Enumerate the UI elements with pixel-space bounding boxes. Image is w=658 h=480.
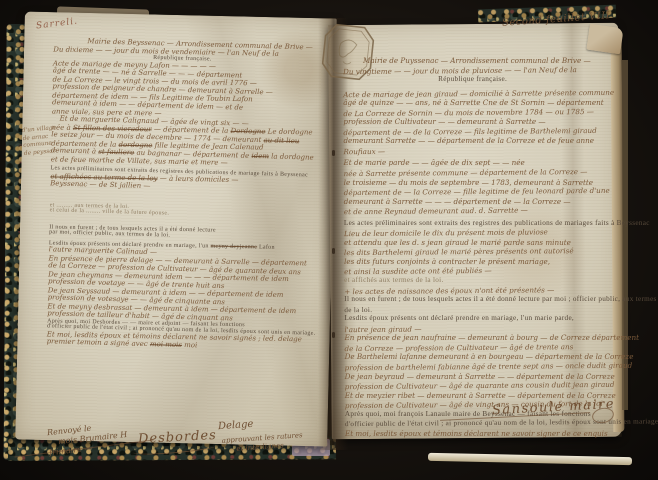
manuscript-text: Et moi, lesdits époux et témoins déclare… (345, 429, 608, 438)
manuscript-text: Mairie de Puyssenac — Arrondissement com… (363, 56, 591, 65)
manuscript-text: Et de marie parde — — âgée de dix sept —… (344, 158, 525, 167)
manuscript-line: et affichés aux termes de la loi. (344, 276, 612, 286)
binding-stitch (332, 332, 335, 338)
manuscript-text: de la loi. (344, 306, 372, 314)
manuscript-text: Lesdits époux présents ont déclaré prend… (344, 314, 574, 322)
struck-through-entry: st fauliere (98, 148, 134, 157)
manuscript-text: demeurant à Sarrette — — — département d… (344, 197, 571, 206)
manuscript-text: profession de barthelemi fabianne âgé de… (345, 361, 633, 373)
manuscript-text: commune (23, 141, 52, 149)
manuscript-text: profession de Cultivateur — âgé de quara… (345, 380, 615, 391)
manuscript-text: les dits Barthelemi giraud le marié père… (344, 247, 574, 258)
manuscript-text: moi (182, 341, 198, 349)
struck-through-entry: Dordogne (230, 127, 265, 136)
manuscript-text: âgé de quinze — — ans, né à Sarrette Cne… (343, 98, 603, 107)
manuscript-text: et de anne Reynaud demeurant aud. d. Sar… (344, 206, 528, 217)
manuscript-line: et de anne Reynaud demeurant aud. d. Sar… (344, 205, 612, 217)
manuscript-text: De jean beyraud — demeurant à Sarrette —… (345, 371, 615, 380)
manuscript-text: République française. (438, 75, 507, 83)
manuscript-text: Les actes préliminaires sont extraits de… (344, 219, 650, 227)
manuscript-line: profession de Cultivateur — âgé de quara… (345, 380, 613, 392)
manuscript-text: profession de Cultivateur — — demeurant … (343, 117, 545, 126)
manuscript-line: Roufiaux — (343, 145, 611, 157)
manuscript-text: née à Sarrette présente commune — départ… (344, 167, 588, 178)
left-page-manuscript-text: Mairie des Beyssenac — Arrondissement co… (47, 37, 322, 352)
folded-page-corner (586, 24, 623, 54)
manuscript-text: demeurant à (51, 146, 99, 155)
manuscript-text: Roufiaux — (343, 147, 385, 156)
bottom-page-edge (428, 453, 632, 465)
binding-stitch (332, 150, 335, 156)
manuscript-text: Lieu de leur domicile le dix du présent … (344, 228, 548, 239)
manuscript-text: demeurant Sarrette — — département de la… (343, 136, 594, 145)
manuscript-line: République française. (438, 75, 611, 85)
manuscript-line: Mairie de Puyssenac — Arrondissement com… (363, 56, 611, 66)
manuscript-text: département de — la Correze — fille legi… (344, 186, 610, 197)
manuscript-text: Le dordogne (265, 128, 312, 137)
struck-through-entry: moi mois (150, 340, 182, 349)
manuscript-text: le troisieme — du mois de septembre — 17… (344, 178, 593, 187)
manuscript-text: Il nous en furent ; de tous lesquels act… (344, 295, 656, 303)
registrar-signature: Desbordes (138, 428, 218, 447)
manuscript-text: Beyssenac — de St jallien — (50, 179, 150, 190)
manuscript-line: née à Sarrette présente commune — départ… (344, 167, 612, 179)
manuscript-text: et affichés aux termes de la loi. (344, 276, 443, 284)
binding-stitch (332, 248, 335, 254)
manuscript-text: Lafon (257, 244, 275, 250)
manuscript-text: En présence de jean naufraine — demeuran… (344, 333, 639, 342)
manuscript-text: les dits futurs conjoints à contracter l… (344, 257, 550, 266)
manuscript-line: Et moi, lesdits époux et témoins déclare… (345, 429, 613, 439)
right-page-manuscript-text: Mairie de Puyssenac — Arrondissement com… (343, 55, 613, 439)
manuscript-line: profession de barthelemi fabianne âgé de… (345, 361, 613, 373)
register-photograph: Sarreli. d'un villagede arnaccommunede p… (0, 0, 658, 480)
